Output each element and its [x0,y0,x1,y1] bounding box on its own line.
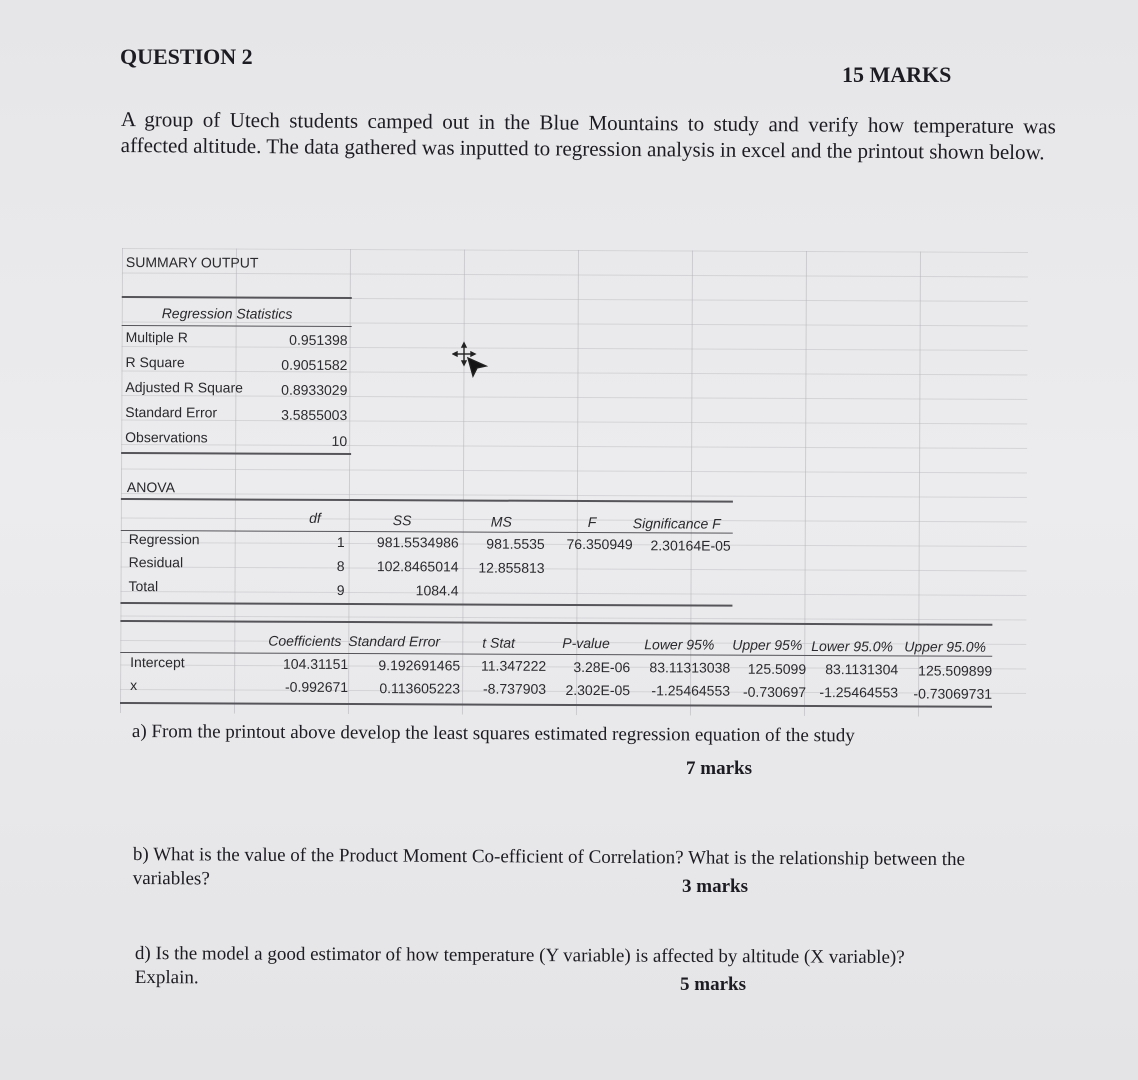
anova-cell: 12.855813 [461,559,545,575]
stat-value: 10 [251,433,347,449]
question-title: QUESTION 2 [120,44,253,70]
part-d-text: d) Is the model a good estimator of how … [135,942,965,994]
coef-row-label: Intercept [130,654,185,670]
stat-label: Multiple R [126,329,188,345]
coef-cell: 104.31151 [260,656,348,672]
coefficients-table: Coefficients Standard Error t Stat P-val… [122,248,1028,252]
anova-row-label: Residual [129,554,184,570]
coef-cell: 125.5099 [732,661,806,677]
move-cursor-icon [452,340,492,380]
part-a-marks: 7 marks [686,758,752,780]
stat-label: Adjusted R Square [125,379,243,396]
stat-label: Observations [125,429,208,445]
anova-cell: 2.30164E-05 [633,537,731,553]
coef-cell: 11.347222 [462,657,546,673]
coef-header: P-value [562,635,610,651]
stat-label: R Square [125,354,184,370]
coef-cell: 125.509899 [900,662,992,678]
anova-cell: 1 [271,534,345,550]
part-b-text: b) What is the value of the Product Mome… [133,843,1023,896]
coef-cell: 2.302E-05 [548,682,630,698]
anova-cell: 8 [271,558,345,574]
anova-header: F [588,514,597,530]
coef-cell: -1.25464553 [808,684,898,700]
part-d-marks: 5 marks [680,974,746,996]
anova-header: df [271,510,321,526]
coef-header: Lower 95% [644,636,714,652]
question-total-marks: 15 MARKS [842,62,951,88]
coef-cell: -1.25464553 [632,682,730,698]
coef-cell: 83.1131304 [808,661,898,677]
coef-cell: -0.73069731 [900,685,992,701]
regression-statistics-title: Regression Statistics [162,305,293,322]
coef-header: Coefficients [268,633,341,649]
stat-value: 3.5855003 [251,407,347,423]
regression-statistics-table: Multiple R 0.951398 R Square 0.9051582 A… [122,248,1028,252]
summary-output-heading: SUMMARY OUTPUT [126,254,259,271]
stat-value: 0.951398 [252,332,348,348]
anova-header: SS [393,512,412,528]
question-intro: A group of Utech students camped out in … [121,106,1056,165]
coef-header: t Stat [482,635,515,651]
anova-title: ANOVA [127,479,175,495]
coef-cell: -8.737903 [462,680,546,696]
coef-header: Standard Error [348,633,440,649]
anova-row-label: Regression [129,531,200,547]
anova-table: df SS MS F Significance F Regression 1 9… [122,248,1028,252]
excel-summary-output: SUMMARY OUTPUT Regression Statistics Mul… [120,248,1028,717]
coef-cell: 0.113605223 [350,680,460,696]
anova-cell: 981.5534986 [349,534,459,550]
coef-header: Lower 95.0% [811,638,893,654]
stat-label: Standard Error [125,404,217,420]
stat-value: 0.8933029 [251,382,347,398]
anova-cell: 981.5535 [461,535,545,551]
coef-cell: -0.730697 [732,684,806,700]
part-a-text: a) From the printout above develop the l… [132,720,1012,749]
coef-cell: 9.192691465 [350,657,460,673]
anova-cell: 1084.4 [348,582,458,598]
anova-header: MS [491,514,512,530]
coef-cell: 3.28E-06 [548,659,630,675]
anova-row-label: Total [128,578,158,594]
anova-cell: 76.350949 [547,536,633,552]
part-b-marks: 3 marks [682,876,748,898]
anova-header: Significance F [633,515,721,531]
anova-cell: 102.8465014 [349,558,459,574]
coef-cell: -0.992671 [260,679,348,695]
coef-cell: 83.11313038 [632,659,730,675]
coef-header: Upper 95% [732,637,802,653]
coef-header: Upper 95.0% [904,638,986,654]
coef-row-label: x [130,677,137,693]
anova-cell: 9 [270,582,344,598]
stat-value: 0.9051582 [251,357,347,373]
